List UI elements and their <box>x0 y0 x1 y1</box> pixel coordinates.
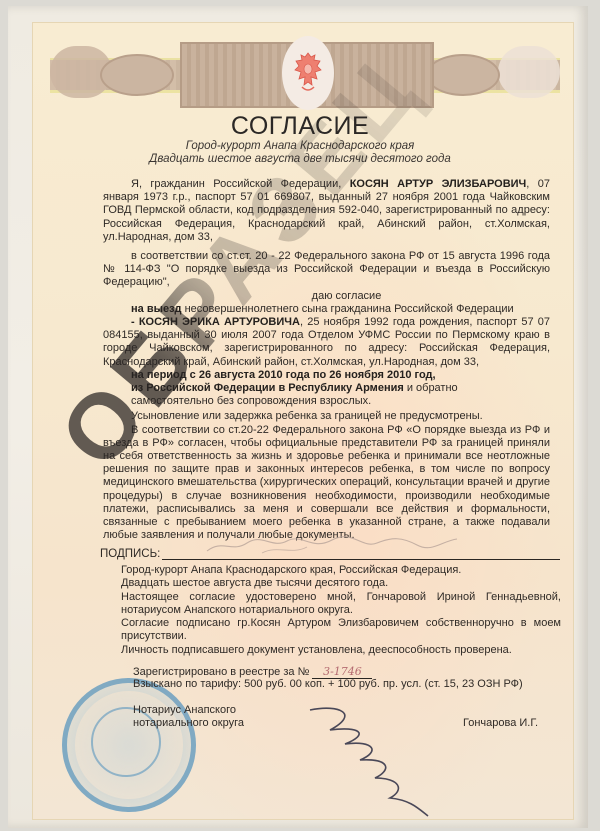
notary-identity-verified: Личность подписавшего документ установле… <box>121 644 561 657</box>
paragraph-law-reference: в соответствии со ст.ст. 20 - 22 Федерал… <box>103 250 550 290</box>
ornament-oval-left <box>100 54 174 96</box>
paragraph-destination: из Российской Федерации в Республику Арм… <box>103 382 550 395</box>
ornament-lobe-right <box>498 46 560 98</box>
document-title: СОГЛАСИЕ <box>0 112 600 141</box>
handwritten-signature-icon <box>202 531 462 557</box>
registry-line: Зарегистрировано в реестре за № 3-1746 <box>133 665 372 679</box>
notary-place: Город-курорт Анапа Краснодарского края, … <box>121 564 561 577</box>
signature-row: ПОДПИСЬ: <box>100 544 560 560</box>
notary-signature-icon <box>300 700 440 820</box>
notary-title: Нотариус Анапского нотариального округа <box>133 704 244 730</box>
ornament-oval-right <box>426 54 500 96</box>
document-place: Город-курорт Анапа Краснодарского края <box>0 140 600 152</box>
paragraph-no-adoption: Усыновление или задержка ребенка за гран… <box>103 410 550 423</box>
paragraph-consent-given: даю согласие <box>103 290 550 303</box>
notary-name: Гончарова И.Г. <box>463 717 538 729</box>
notary-signed-in-presence: Согласие подписано гр.Косян Артуром Элиз… <box>121 617 561 644</box>
paragraph-exit: на выезд несовершеннолетнего сына гражда… <box>103 303 550 316</box>
document-date: Двадцать шестое августа две тысячи десят… <box>0 153 600 165</box>
grantor-name: КОСЯН АРТУР ЭЛИЗБАРОВИЧ <box>350 178 527 190</box>
registry-label: Зарегистрировано в реестре за № <box>133 666 309 678</box>
paragraph-unaccompanied: самостоятельно без сопровождения взрослы… <box>103 395 550 408</box>
emblem-medallion <box>282 36 334 110</box>
fee-line: Взыскано по тарифу: 500 руб. 00 коп. + 1… <box>133 678 523 690</box>
paragraph-minor: - КОСЯН ЭРИКА АРТУРОВИЧА, 25 ноября 1992… <box>103 316 550 369</box>
minor-name: КОСЯН ЭРИКА АРТУРОВИЧА <box>139 316 300 328</box>
header-ornament <box>50 42 560 104</box>
signature-line <box>162 547 560 560</box>
russian-coat-of-arms-icon <box>293 51 323 95</box>
notary-seal-icon <box>62 678 196 812</box>
paragraph-period: на период с 26 августа 2010 года по 26 н… <box>103 369 550 382</box>
paragraph-representatives: В соответствии со ст.20-22 Федерального … <box>103 424 550 543</box>
notary-certified-by: Настоящее согласие удостоверено мной, Го… <box>121 591 561 618</box>
paragraph-grantor: Я, гражданин Российской Федерации, КОСЯН… <box>103 178 550 244</box>
consent-body: Я, гражданин Российской Федерации, КОСЯН… <box>103 178 550 542</box>
signature-label: ПОДПИСЬ: <box>100 548 160 560</box>
notary-certification: Город-курорт Анапа Краснодарского края, … <box>121 564 561 657</box>
registry-number: 3-1746 <box>312 665 372 679</box>
notary-date: Двадцать шестое августа две тысячи десят… <box>121 577 561 590</box>
